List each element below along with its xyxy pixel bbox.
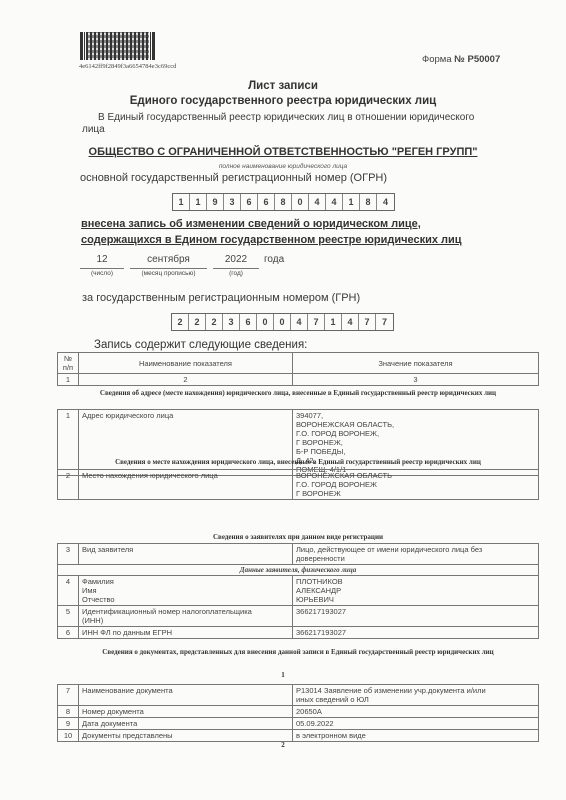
table-row: 9 Дата документа 05.09.2022 [58, 718, 539, 730]
row-value: 20650А [293, 706, 539, 718]
value-line: Лицо, действующее от имени юридического … [296, 545, 535, 554]
value-line: 394077, [296, 411, 535, 420]
grn-number-box: 2 2 2 3 6 0 0 4 7 1 4 7 7 [171, 313, 394, 331]
value-line: Г ВОРОНЕЖ, [296, 438, 535, 447]
row-number: 10 [58, 730, 79, 742]
documents-subheading: 1 [0, 671, 566, 679]
table-location: 2 Место нахождения юридического лица ВОР… [57, 469, 539, 500]
table-row: 2 Место нахождения юридического лица ВОР… [58, 470, 539, 500]
grn-digit: 0 [274, 314, 291, 330]
value-line: Р13014 Заявление об изменении учр.докуме… [296, 686, 535, 695]
col-value-header: Значение показателя [293, 353, 539, 374]
name-line: Имя [82, 586, 289, 595]
table-row: 10 Документы представлены в электронном … [58, 730, 539, 742]
intro-line-2: лица [82, 124, 105, 135]
row-number: 6 [58, 627, 79, 639]
table-documents: 7 Наименование документа Р13014 Заявлени… [57, 684, 539, 742]
contains-label: Запись содержит следующие сведения: [94, 339, 307, 351]
ogrn-digit: 4 [377, 194, 394, 210]
ogrn-digit: 1 [343, 194, 360, 210]
row-value: ПЛОТНИКОВ АЛЕКСАНДР ЮРЬЕВИЧ [293, 576, 539, 606]
grn-label: за государственным регистрационным номер… [82, 292, 360, 304]
row-value: Лицо, действующее от имени юридического … [293, 544, 539, 565]
name-line: Идентификационный номер налогоплательщик… [82, 607, 289, 616]
grn-digit: 0 [257, 314, 274, 330]
row-number: 8 [58, 706, 79, 718]
row-value: Р13014 Заявление об изменении учр.докуме… [293, 685, 539, 706]
ogrn-digit: 9 [207, 194, 224, 210]
date-day: 12 [80, 254, 124, 265]
grn-digit: 2 [189, 314, 206, 330]
name-line: Отчество [82, 595, 289, 604]
grn-digit: 3 [223, 314, 240, 330]
date-year-caption: (год) [213, 268, 259, 277]
value-line: ПЛОТНИКОВ [296, 577, 535, 586]
value-line: АЛЕКСАНДР [296, 586, 535, 595]
col-index-1: 1 [58, 374, 79, 386]
document-subtitle: Единого государственного реестра юридиче… [0, 95, 566, 107]
value-line: ЮРЬЕВИЧ [296, 595, 535, 604]
table-row: 6 ИНН ФЛ по данным ЕГРН 366217193027 [58, 627, 539, 639]
ogrn-label: основной государственный регистрационный… [80, 172, 387, 184]
row-number: 7 [58, 685, 79, 706]
ogrn-digit: 6 [241, 194, 258, 210]
table-row: 4 Фамилия Имя Отчество ПЛОТНИКОВ АЛЕКСАН… [58, 576, 539, 606]
date-year: 2022 [213, 254, 259, 265]
section-applicant-person: Данные заявителя, физического лица [58, 565, 539, 576]
value-line: доверенности [296, 554, 535, 563]
row-name: Документы представлены [79, 730, 293, 742]
ogrn-digit: 8 [275, 194, 292, 210]
col-index-3: 3 [293, 374, 539, 386]
row-name: Место нахождения юридического лица [79, 470, 293, 500]
row-value: в электронном виде [293, 730, 539, 742]
grn-digit: 7 [376, 314, 393, 330]
subsection-row: Данные заявителя, физического лица [58, 565, 539, 576]
grn-digit: 4 [291, 314, 308, 330]
row-name: Наименование документа [79, 685, 293, 706]
table-row: 8 Номер документа 20650А [58, 706, 539, 718]
name-line: Фамилия [82, 577, 289, 586]
date-month-caption: (месяц прописью) [130, 268, 207, 277]
grn-digit: 4 [342, 314, 359, 330]
grn-digit: 1 [325, 314, 342, 330]
row-number: 9 [58, 718, 79, 730]
table-row: 5 Идентификационный номер налогоплательщ… [58, 606, 539, 627]
ogrn-digit: 4 [309, 194, 326, 210]
date-month: сентября [130, 254, 207, 265]
section-applicants: Сведения о заявителях при данном виде ре… [58, 533, 538, 542]
page-number: 2 [0, 741, 566, 749]
value-line: Г ВОРОНЕЖ [296, 489, 535, 498]
ogrn-digit: 6 [258, 194, 275, 210]
value-line: ВОРОНЕЖСКАЯ ОБЛАСТЬ [296, 471, 535, 480]
ogrn-digit: 3 [224, 194, 241, 210]
row-number: 2 [58, 470, 79, 500]
organization-caption: полное наименование юридического лица [0, 163, 566, 170]
table-row: 3 Вид заявителя Лицо, действующее от име… [58, 544, 539, 565]
row-value: 366217193027 [293, 627, 539, 639]
row-name: Номер документа [79, 706, 293, 718]
grn-digit: 6 [240, 314, 257, 330]
date-suffix: года [264, 254, 284, 265]
barcode [80, 32, 155, 60]
grn-digit: 2 [172, 314, 189, 330]
row-value: 05.09.2022 [293, 718, 539, 730]
form-number-value: № Р50007 [454, 54, 500, 65]
row-name: ИНН ФЛ по данным ЕГРН [79, 627, 293, 639]
col-name-header: Наименование показателя [79, 353, 293, 374]
table-applicants: 3 Вид заявителя Лицо, действующее от име… [57, 543, 539, 639]
ogrn-digit: 1 [173, 194, 190, 210]
entry-title-line-1: внесена запись об изменении сведений о ю… [81, 216, 462, 232]
ogrn-digit: 8 [360, 194, 377, 210]
grn-digit: 2 [206, 314, 223, 330]
section-documents: Сведения о документах, представленных дл… [58, 648, 538, 657]
form-label: Форма [422, 54, 452, 65]
value-line: ВОРОНЕЖСКАЯ ОБЛАСТЬ, [296, 420, 535, 429]
grn-digit: 7 [359, 314, 376, 330]
col-number-header: № п/п [58, 353, 79, 374]
row-number: 5 [58, 606, 79, 627]
organization-name: ОБЩЕСТВО С ОГРАНИЧЕННОЙ ОТВЕТСТВЕННОСТЬЮ… [0, 146, 566, 158]
row-number: 3 [58, 544, 79, 565]
ogrn-digit: 4 [326, 194, 343, 210]
ogrn-number-box: 1 1 9 3 6 6 8 0 4 4 1 8 4 [172, 193, 395, 211]
row-value: ВОРОНЕЖСКАЯ ОБЛАСТЬ Г.О. ГОРОД ВОРОНЕЖ Г… [293, 470, 539, 500]
value-line: Г.О. ГОРОД ВОРОНЕЖ [296, 480, 535, 489]
grn-digit: 7 [308, 314, 325, 330]
barcode-text: 4e6142ff9f2849f3a6654784e3c69ccd [79, 63, 176, 70]
value-line: иных сведений о ЮЛ [296, 695, 535, 704]
date-day-caption: (число) [80, 268, 124, 277]
section-location: Сведения о месте нахождения юридического… [58, 458, 538, 467]
intro-line-1: В Единый государственный реестр юридичес… [98, 112, 474, 123]
value-line: Б-Р ПОБЕДЫ, [296, 447, 535, 456]
row-name: Вид заявителя [79, 544, 293, 565]
table-header: № п/п Наименование показателя Значение п… [57, 352, 539, 386]
row-number: 4 [58, 576, 79, 606]
row-name: Фамилия Имя Отчество [79, 576, 293, 606]
section-address: Сведения об адресе (месте нахождения) юр… [58, 389, 538, 398]
col-index-2: 2 [79, 374, 293, 386]
row-name: Дата документа [79, 718, 293, 730]
ogrn-digit: 0 [292, 194, 309, 210]
name-line: (ИНН) [82, 616, 289, 625]
document-title: Лист записи [0, 80, 566, 92]
table-row: 7 Наименование документа Р13014 Заявлени… [58, 685, 539, 706]
form-number: Форма № Р50007 [422, 54, 500, 65]
entry-title: внесена запись об изменении сведений о ю… [81, 216, 462, 248]
row-value: 366217193027 [293, 606, 539, 627]
ogrn-digit: 1 [190, 194, 207, 210]
entry-title-line-2: содержащихся в Едином государственном ре… [81, 232, 462, 248]
row-name: Идентификационный номер налогоплательщик… [79, 606, 293, 627]
value-line: Г.О. ГОРОД ВОРОНЕЖ, [296, 429, 535, 438]
